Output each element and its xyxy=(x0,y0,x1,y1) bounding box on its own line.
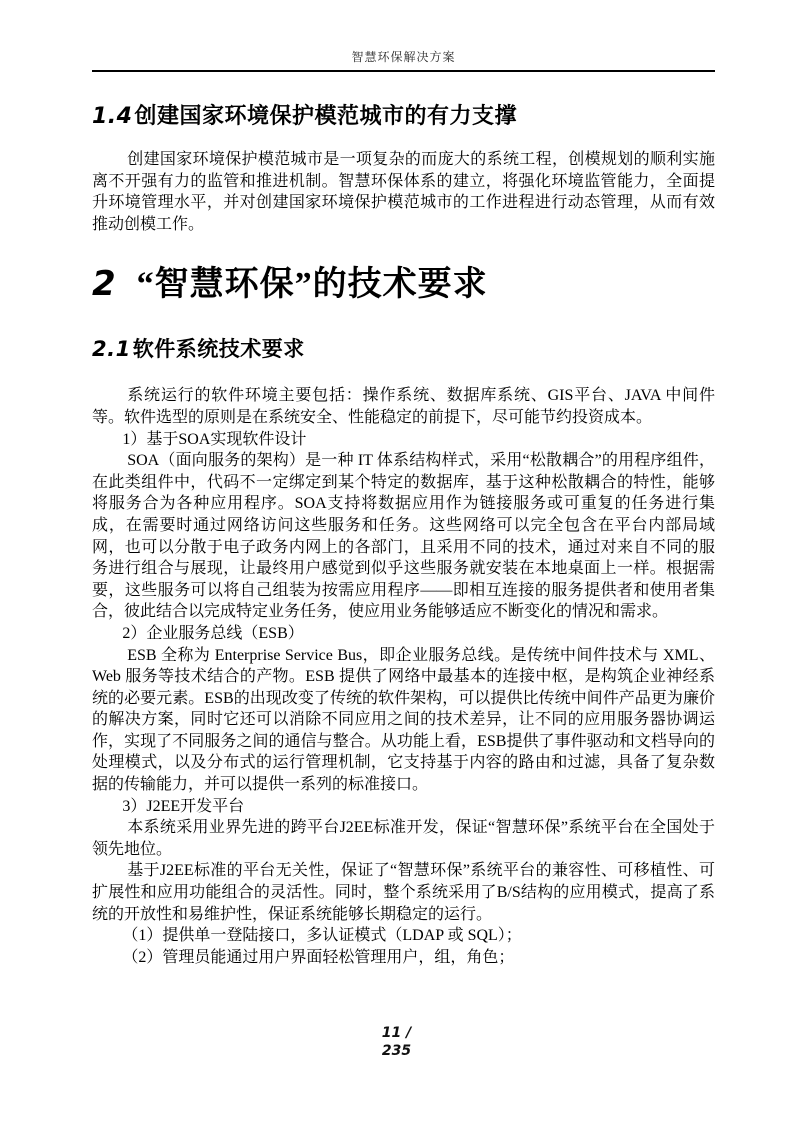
heading-1-4-number: 1.4 xyxy=(92,104,132,129)
heading-2-1-number: 2.1 xyxy=(92,337,131,361)
paragraph-soa-description: SOA（面向服务的架构）是一种 IT 体系结构样式，采用“松散耦合”的用程序组件… xyxy=(92,450,715,623)
page-content: 智慧环保解决方案 1.4创建国家环境保护模范城市的有力支撑 创建国家环境保护模范… xyxy=(0,0,793,968)
paragraph-j2ee-adoption: 本系统采用业界先进的跨平台J2EE标准开发，保证“智慧环保”系统平台在全国处于领… xyxy=(92,817,715,860)
header-title: 智慧环保解决方案 xyxy=(351,50,455,64)
heading-2: 2“智慧环保”的技术要求 xyxy=(92,263,715,306)
paragraph-software-environment: 系统运行的软件环境主要包括：操作系统、数据库系统、GIS平台、JAVA 中间件等… xyxy=(92,385,715,428)
page-header: 智慧环保解决方案 xyxy=(92,50,715,72)
heading-2-number: 2 xyxy=(92,264,117,304)
heading-2-title: “智慧环保”的技术要求 xyxy=(137,266,488,303)
page-number-line2: 235 xyxy=(0,1042,793,1060)
paragraph-esb-description: ESB 全称为 Enterprise Service Bus，即企业服务总线。是… xyxy=(92,645,715,796)
heading-2-1-title: 软件系统技术要求 xyxy=(133,337,305,361)
list-item-login-interface: （1）提供单一登陆接口，多认证模式（LDAP 或 SQL）； xyxy=(92,925,715,947)
document-page: 智慧环保解决方案 1.4创建国家环境保护模范城市的有力支撑 创建国家环境保护模范… xyxy=(0,0,793,1122)
heading-1-4-title: 创建国家环境保护模范城市的有力支撑 xyxy=(134,103,517,128)
heading-1-4: 1.4创建国家环境保护模范城市的有力支撑 xyxy=(92,101,715,132)
page-number-line1: 11 / xyxy=(0,1024,793,1042)
paragraph-j2ee-platform-independence: 基于J2EE标准的平台无关性，保证了“智慧环保”系统平台的兼容性、可移植性、可扩… xyxy=(92,860,715,925)
list-item-esb: 2）企业服务总线（ESB） xyxy=(92,623,715,645)
list-item-soa-design: 1）基于SOA实现软件设计 xyxy=(92,429,715,451)
section-2-1-body: 系统运行的软件环境主要包括：操作系统、数据库系统、GIS平台、JAVA 中间件等… xyxy=(92,385,715,968)
list-item-j2ee: 3）J2EE开发平台 xyxy=(92,796,715,818)
heading-2-1: 2.1软件系统技术要求 xyxy=(92,336,715,363)
paragraph-intro: 创建国家环境保护模范城市是一项复杂的而庞大的系统工程，创模规划的顺利实施离不开强… xyxy=(92,149,715,235)
page-footer: 11 / 235 xyxy=(0,1024,793,1060)
list-item-admin-ui: （2）管理员能通过用户界面轻松管理用户，组，角色； xyxy=(92,947,715,969)
